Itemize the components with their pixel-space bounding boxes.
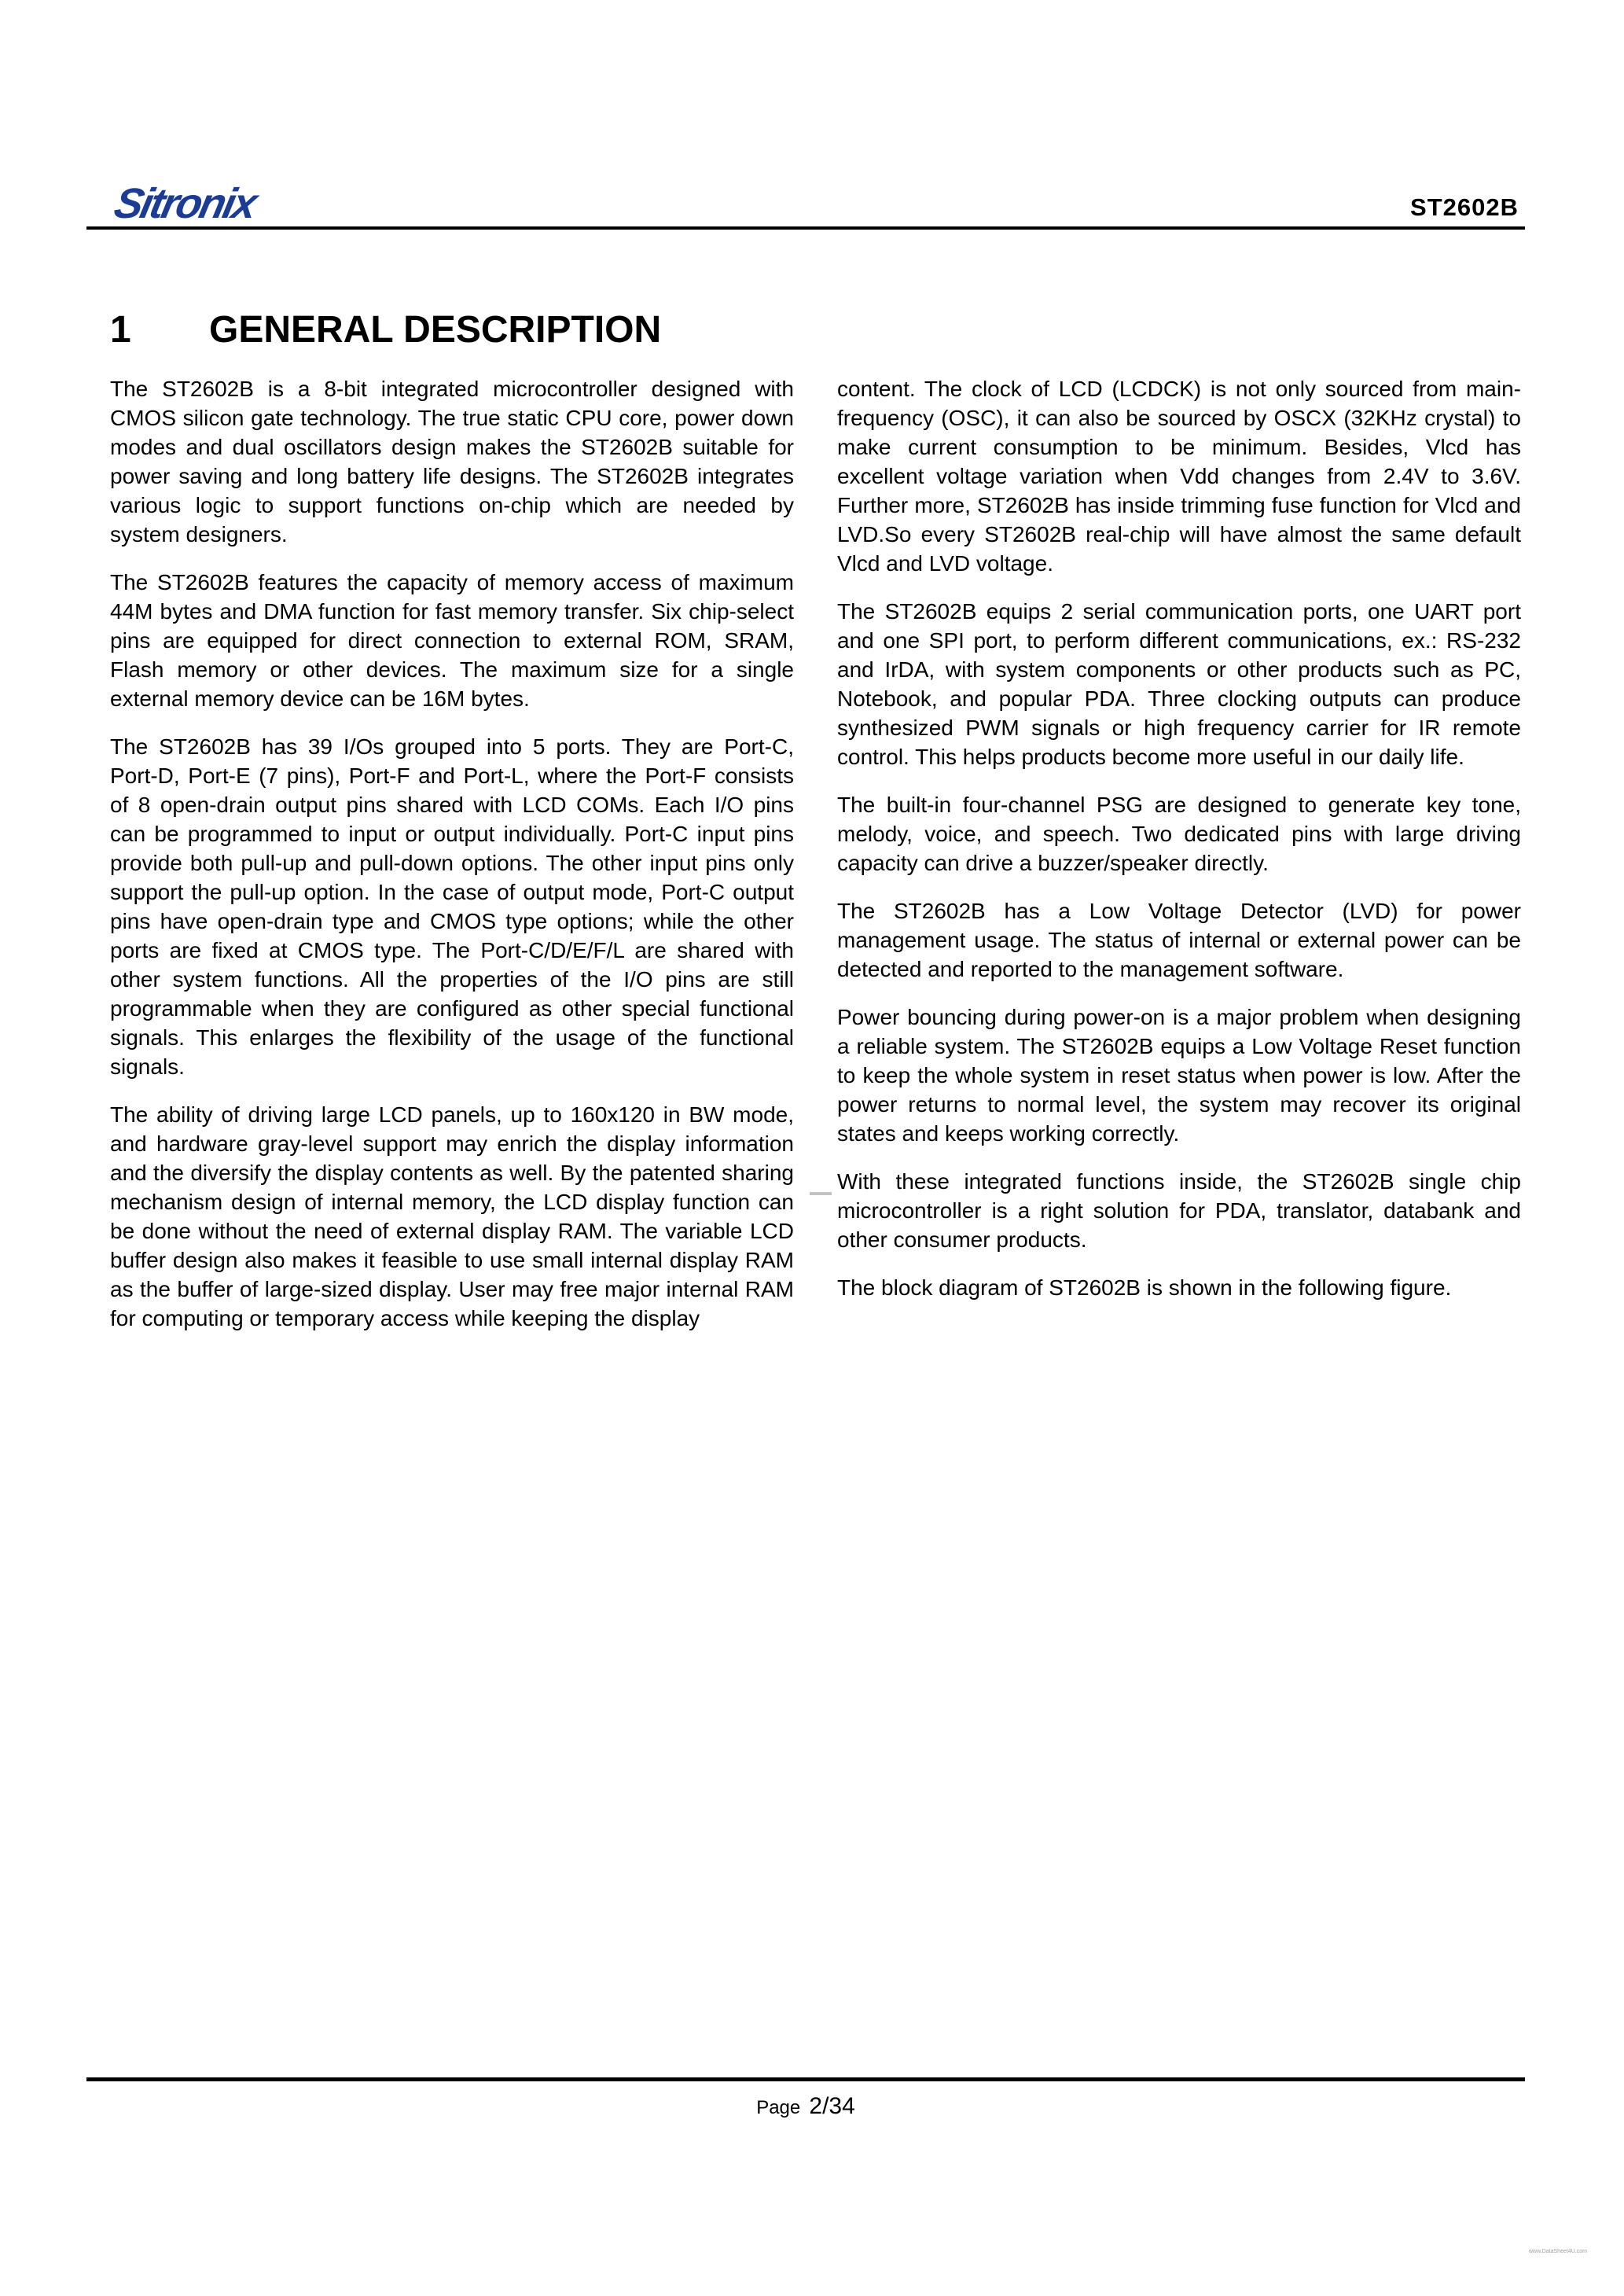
page-number: 2/34 (809, 2093, 854, 2119)
scan-artifact (810, 1192, 832, 1195)
datasheet-page: Sitronix ST2602B 1GENERAL DESCRIPTION Th… (0, 0, 1624, 2296)
footer: Page 2/34 (86, 2093, 1525, 2120)
paragraph: The ST2602B features the capacity of mem… (110, 568, 794, 713)
right-column: content. The clock of LCD (LCDCK) is not… (837, 374, 1521, 1352)
watermark: www.DataSheet4U.com (1529, 2249, 1587, 2254)
paragraph: Power bouncing during power-on is a majo… (837, 1003, 1521, 1148)
paragraph: The ST2602B equips 2 serial communicatio… (837, 597, 1521, 771)
left-column: The ST2602B is a 8-bit integrated microc… (110, 374, 794, 1352)
section-number: 1 (110, 308, 209, 351)
paragraph: The ability of driving large LCD panels,… (110, 1100, 794, 1333)
brand-logo: Sitronix (110, 179, 259, 228)
paragraph: The ST2602B is a 8-bit integrated microc… (110, 374, 794, 549)
header-rule (86, 226, 1525, 230)
paragraph: content. The clock of LCD (LCDCK) is not… (837, 374, 1521, 578)
paragraph: With these integrated functions inside, … (837, 1167, 1521, 1254)
paragraph: The block diagram of ST2602B is shown in… (837, 1273, 1521, 1302)
footer-rule (86, 2077, 1525, 2081)
section-title: GENERAL DESCRIPTION (209, 309, 661, 351)
paragraph: The ST2602B has 39 I/Os grouped into 5 p… (110, 732, 794, 1081)
paragraph: The ST2602B has a Low Voltage Detector (… (837, 896, 1521, 984)
paragraph: The built-in four-channel PSG are design… (837, 790, 1521, 878)
product-code: ST2602B (1410, 193, 1519, 222)
body-columns: The ST2602B is a 8-bit integrated microc… (110, 374, 1521, 1352)
page-label: Page (756, 2097, 800, 2118)
section-heading: 1GENERAL DESCRIPTION (110, 308, 661, 351)
